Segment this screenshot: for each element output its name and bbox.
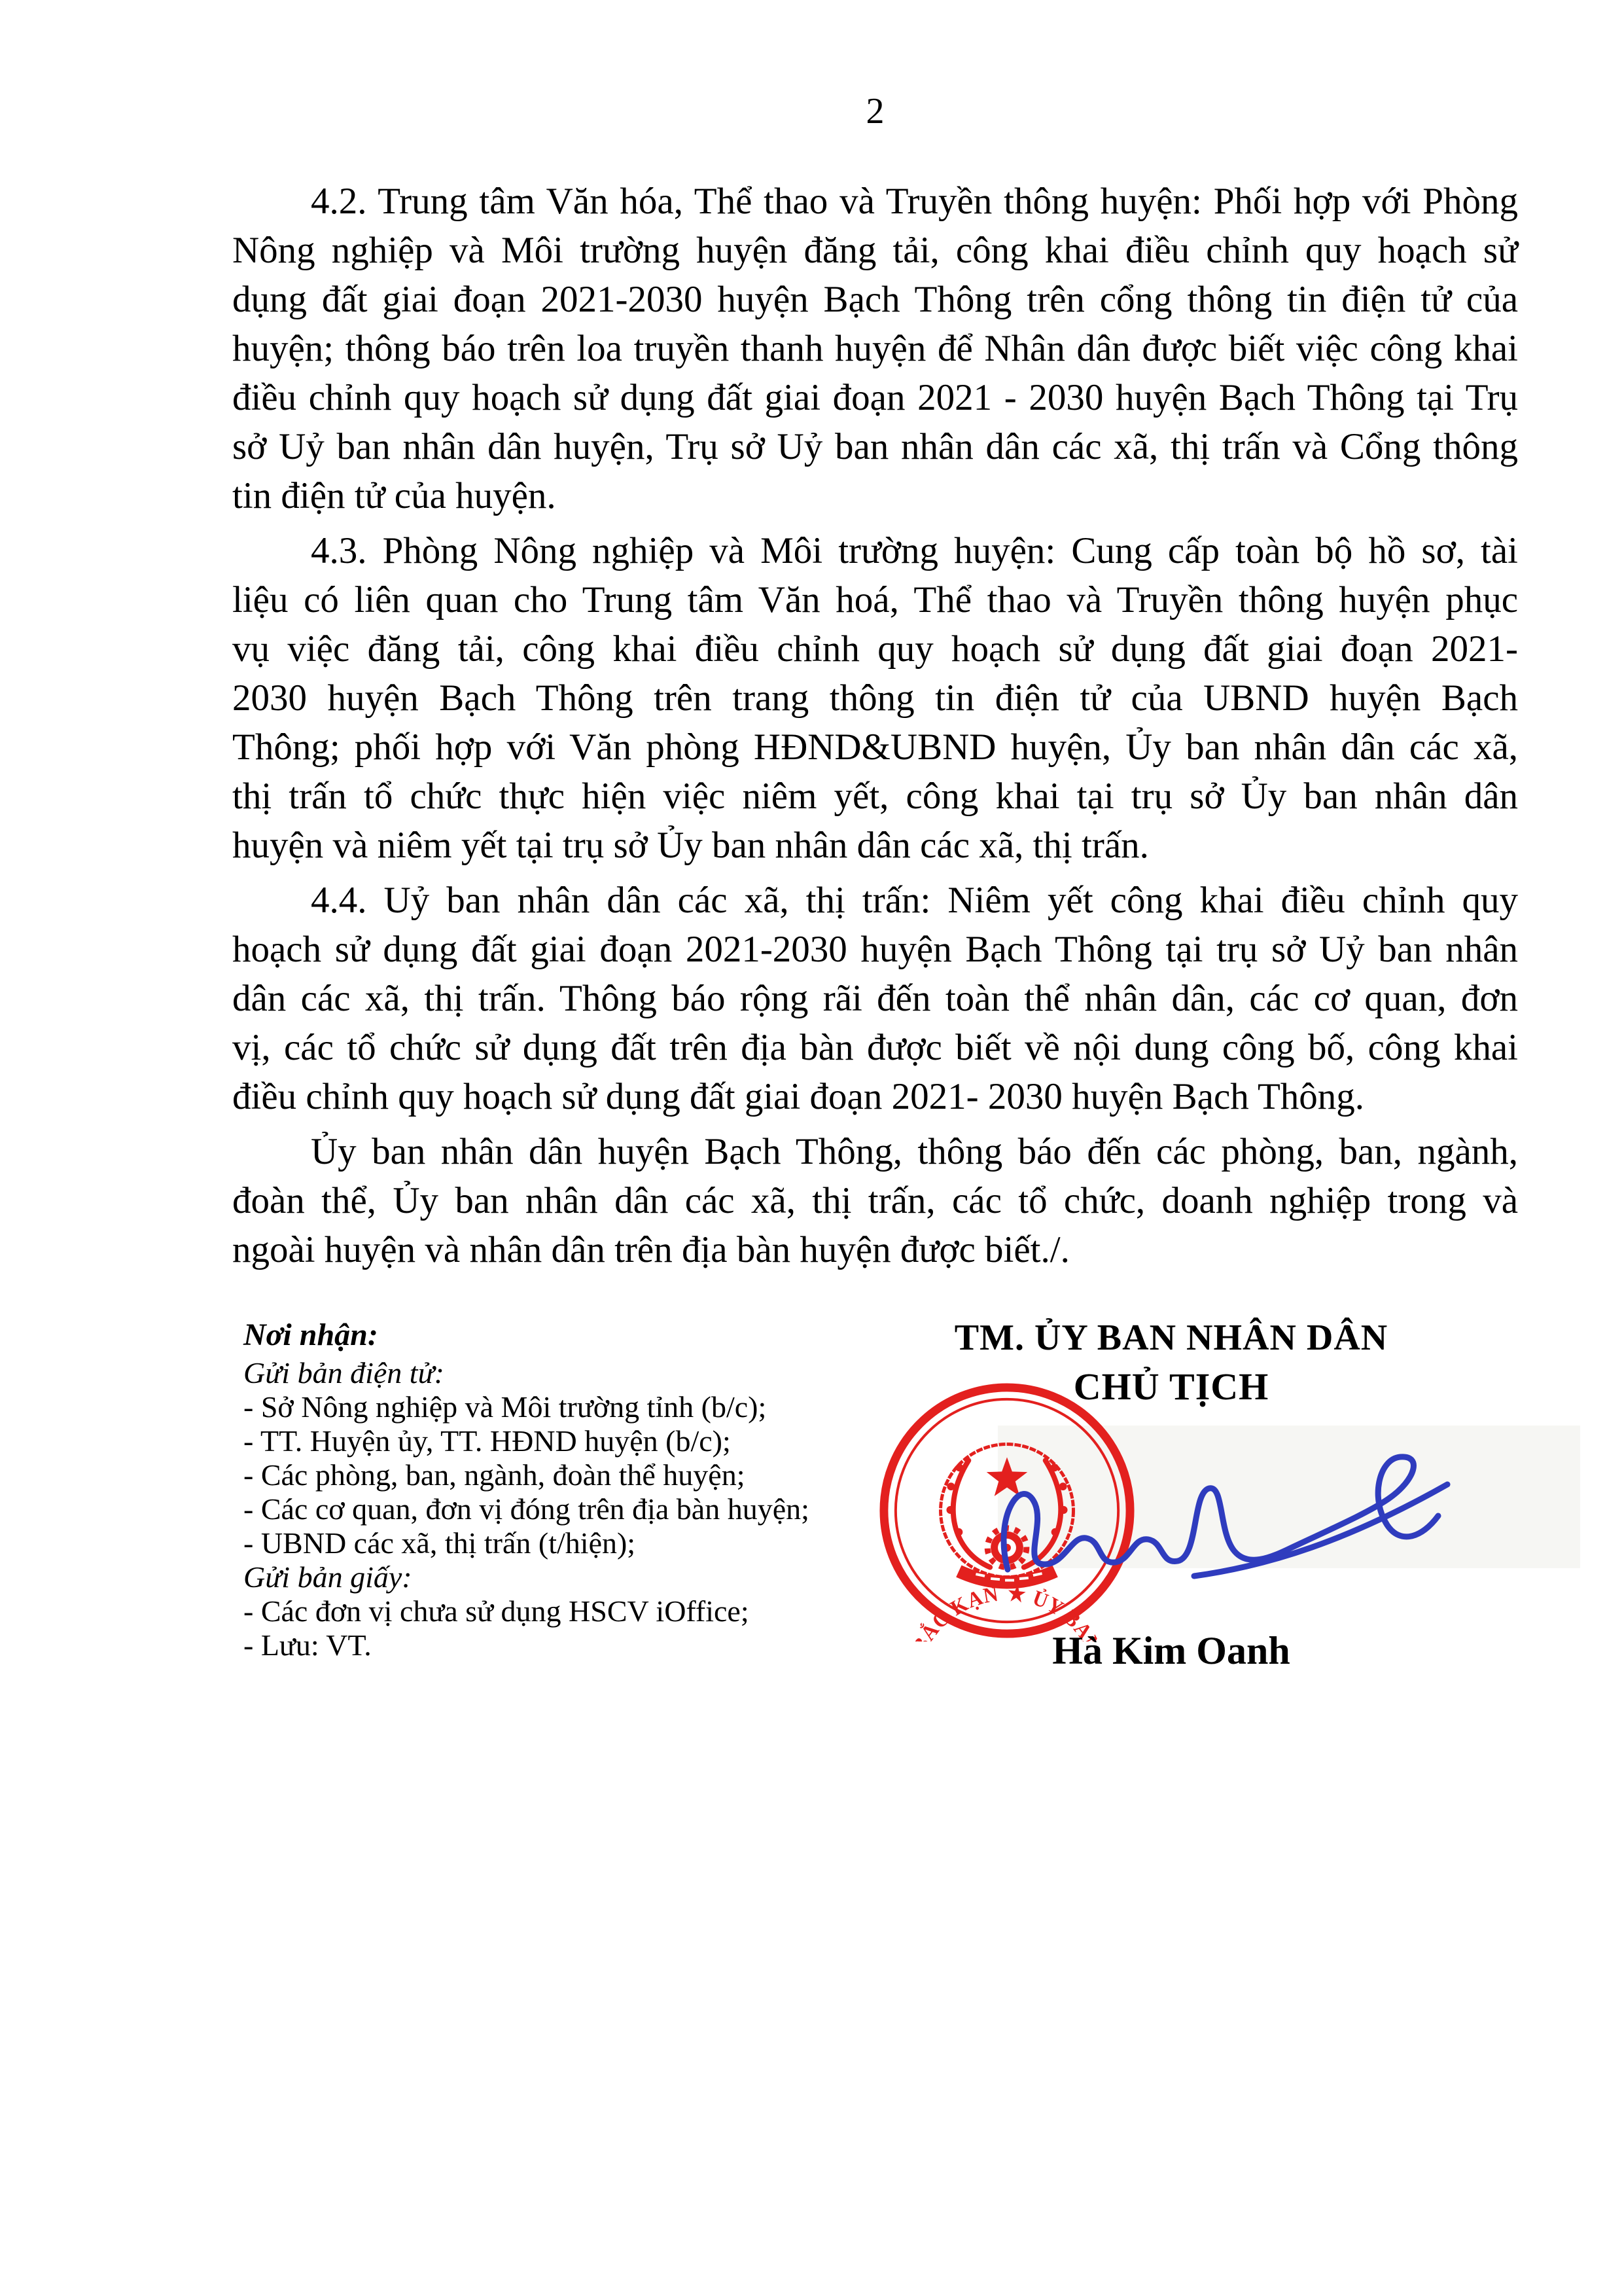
handwritten-signature <box>962 1401 1459 1597</box>
signer-name: Hà Kim Oanh <box>877 1628 1466 1673</box>
body-line: huyện và niêm yết tại trụ sở Ủy ban nhân… <box>232 821 1518 870</box>
body-line: Nông nghiệp và Môi trường huyện đăng tải… <box>232 226 1518 275</box>
signature-stroke <box>1004 1457 1447 1576</box>
recipient-item: - Lưu: VT. <box>243 1628 885 1662</box>
paragraph: 4.2. Trung tâm Văn hóa, Thể thao và Truy… <box>232 177 1518 520</box>
recipient-item: - Các phòng, ban, ngành, đoàn thể huyện; <box>243 1458 885 1492</box>
paragraph: 4.4. Uỷ ban nhân dân các xã, thị trấn: N… <box>232 876 1518 1121</box>
body-line: 4.2. Trung tâm Văn hóa, Thể thao và Truy… <box>232 177 1518 226</box>
recipients-group-label: Gửi bản giấy: <box>243 1560 885 1594</box>
recipients-group-label: Gửi bản điện tử: <box>243 1356 885 1390</box>
body-line: huyện; thông báo trên loa truyền thanh h… <box>232 324 1518 373</box>
body-line: sở Uỷ ban nhân dân huyện, Trụ sở Uỷ ban … <box>232 422 1518 471</box>
body-line: 4.4. Uỷ ban nhân dân các xã, thị trấn: N… <box>232 876 1518 925</box>
body-line: tin điện tử của huyện. <box>232 471 1518 520</box>
recipients-block: Nơi nhận: Gửi bản điện tử: - Sở Nông ngh… <box>243 1317 885 1662</box>
body-line: dụng đất giai đoạn 2021-2030 huyện Bạch … <box>232 275 1518 324</box>
paragraph: 4.3. Phòng Nông nghiệp và Môi trường huy… <box>232 526 1518 870</box>
recipient-item: - UBND các xã, thị trấn (t/hiện); <box>243 1526 885 1560</box>
body-line: điều chỉnh quy hoạch sử dụng đất giai đo… <box>232 1072 1518 1121</box>
paragraph: Ủy ban nhân dân huyện Bạch Thông, thông … <box>232 1127 1518 1274</box>
page: 2 4.2. Trung tâm Văn hóa, Thể thao và Tr… <box>0 0 1624 2296</box>
body-line: thị trấn tổ chức thực hiện việc niêm yết… <box>232 772 1518 821</box>
body-line: 4.3. Phòng Nông nghiệp và Môi trường huy… <box>232 526 1518 575</box>
recipient-item: - Sở Nông nghiệp và Môi trường tỉnh (b/c… <box>243 1390 885 1424</box>
page-number: 2 <box>232 92 1518 131</box>
body-line: hoạch sử dụng đất giai đoạn 2021-2030 hu… <box>232 925 1518 974</box>
body-line: Thông; phối hợp với Văn phòng HĐND&UBND … <box>232 723 1518 772</box>
body-line: 2030 huyện Bạch Thông trên trang thông t… <box>232 673 1518 723</box>
document-body: 4.2. Trung tâm Văn hóa, Thể thao và Truy… <box>232 177 1518 1280</box>
authority-line: TM. ỦY BAN NHÂN DÂN <box>877 1314 1466 1361</box>
body-line: liệu có liên quan cho Trung tâm Văn hoá,… <box>232 575 1518 624</box>
recipients-title: Nơi nhận: <box>243 1317 885 1354</box>
recipient-item: - TT. Huyện ủy, TT. HĐND huyện (b/c); <box>243 1424 885 1458</box>
body-line: vụ việc đăng tải, công khai điều chỉnh q… <box>232 624 1518 673</box>
body-line: ngoài huyện và nhân dân trên địa bàn huy… <box>232 1225 1518 1274</box>
body-line: dân các xã, thị trấn. Thông báo rộng rãi… <box>232 974 1518 1023</box>
body-line: vị, các tổ chức sử dụng đất trên địa bàn… <box>232 1023 1518 1072</box>
recipient-item: - Các cơ quan, đơn vị đóng trên địa bàn … <box>243 1492 885 1526</box>
body-line: điều chỉnh quy hoạch sử dụng đất giai đo… <box>232 373 1518 422</box>
body-line: Ủy ban nhân dân huyện Bạch Thông, thông … <box>232 1127 1518 1176</box>
recipient-item: - Các đơn vị chưa sử dụng HSCV iOffice; <box>243 1594 885 1628</box>
body-line: đoàn thể, Ủy ban nhân dân các xã, thị tr… <box>232 1176 1518 1225</box>
